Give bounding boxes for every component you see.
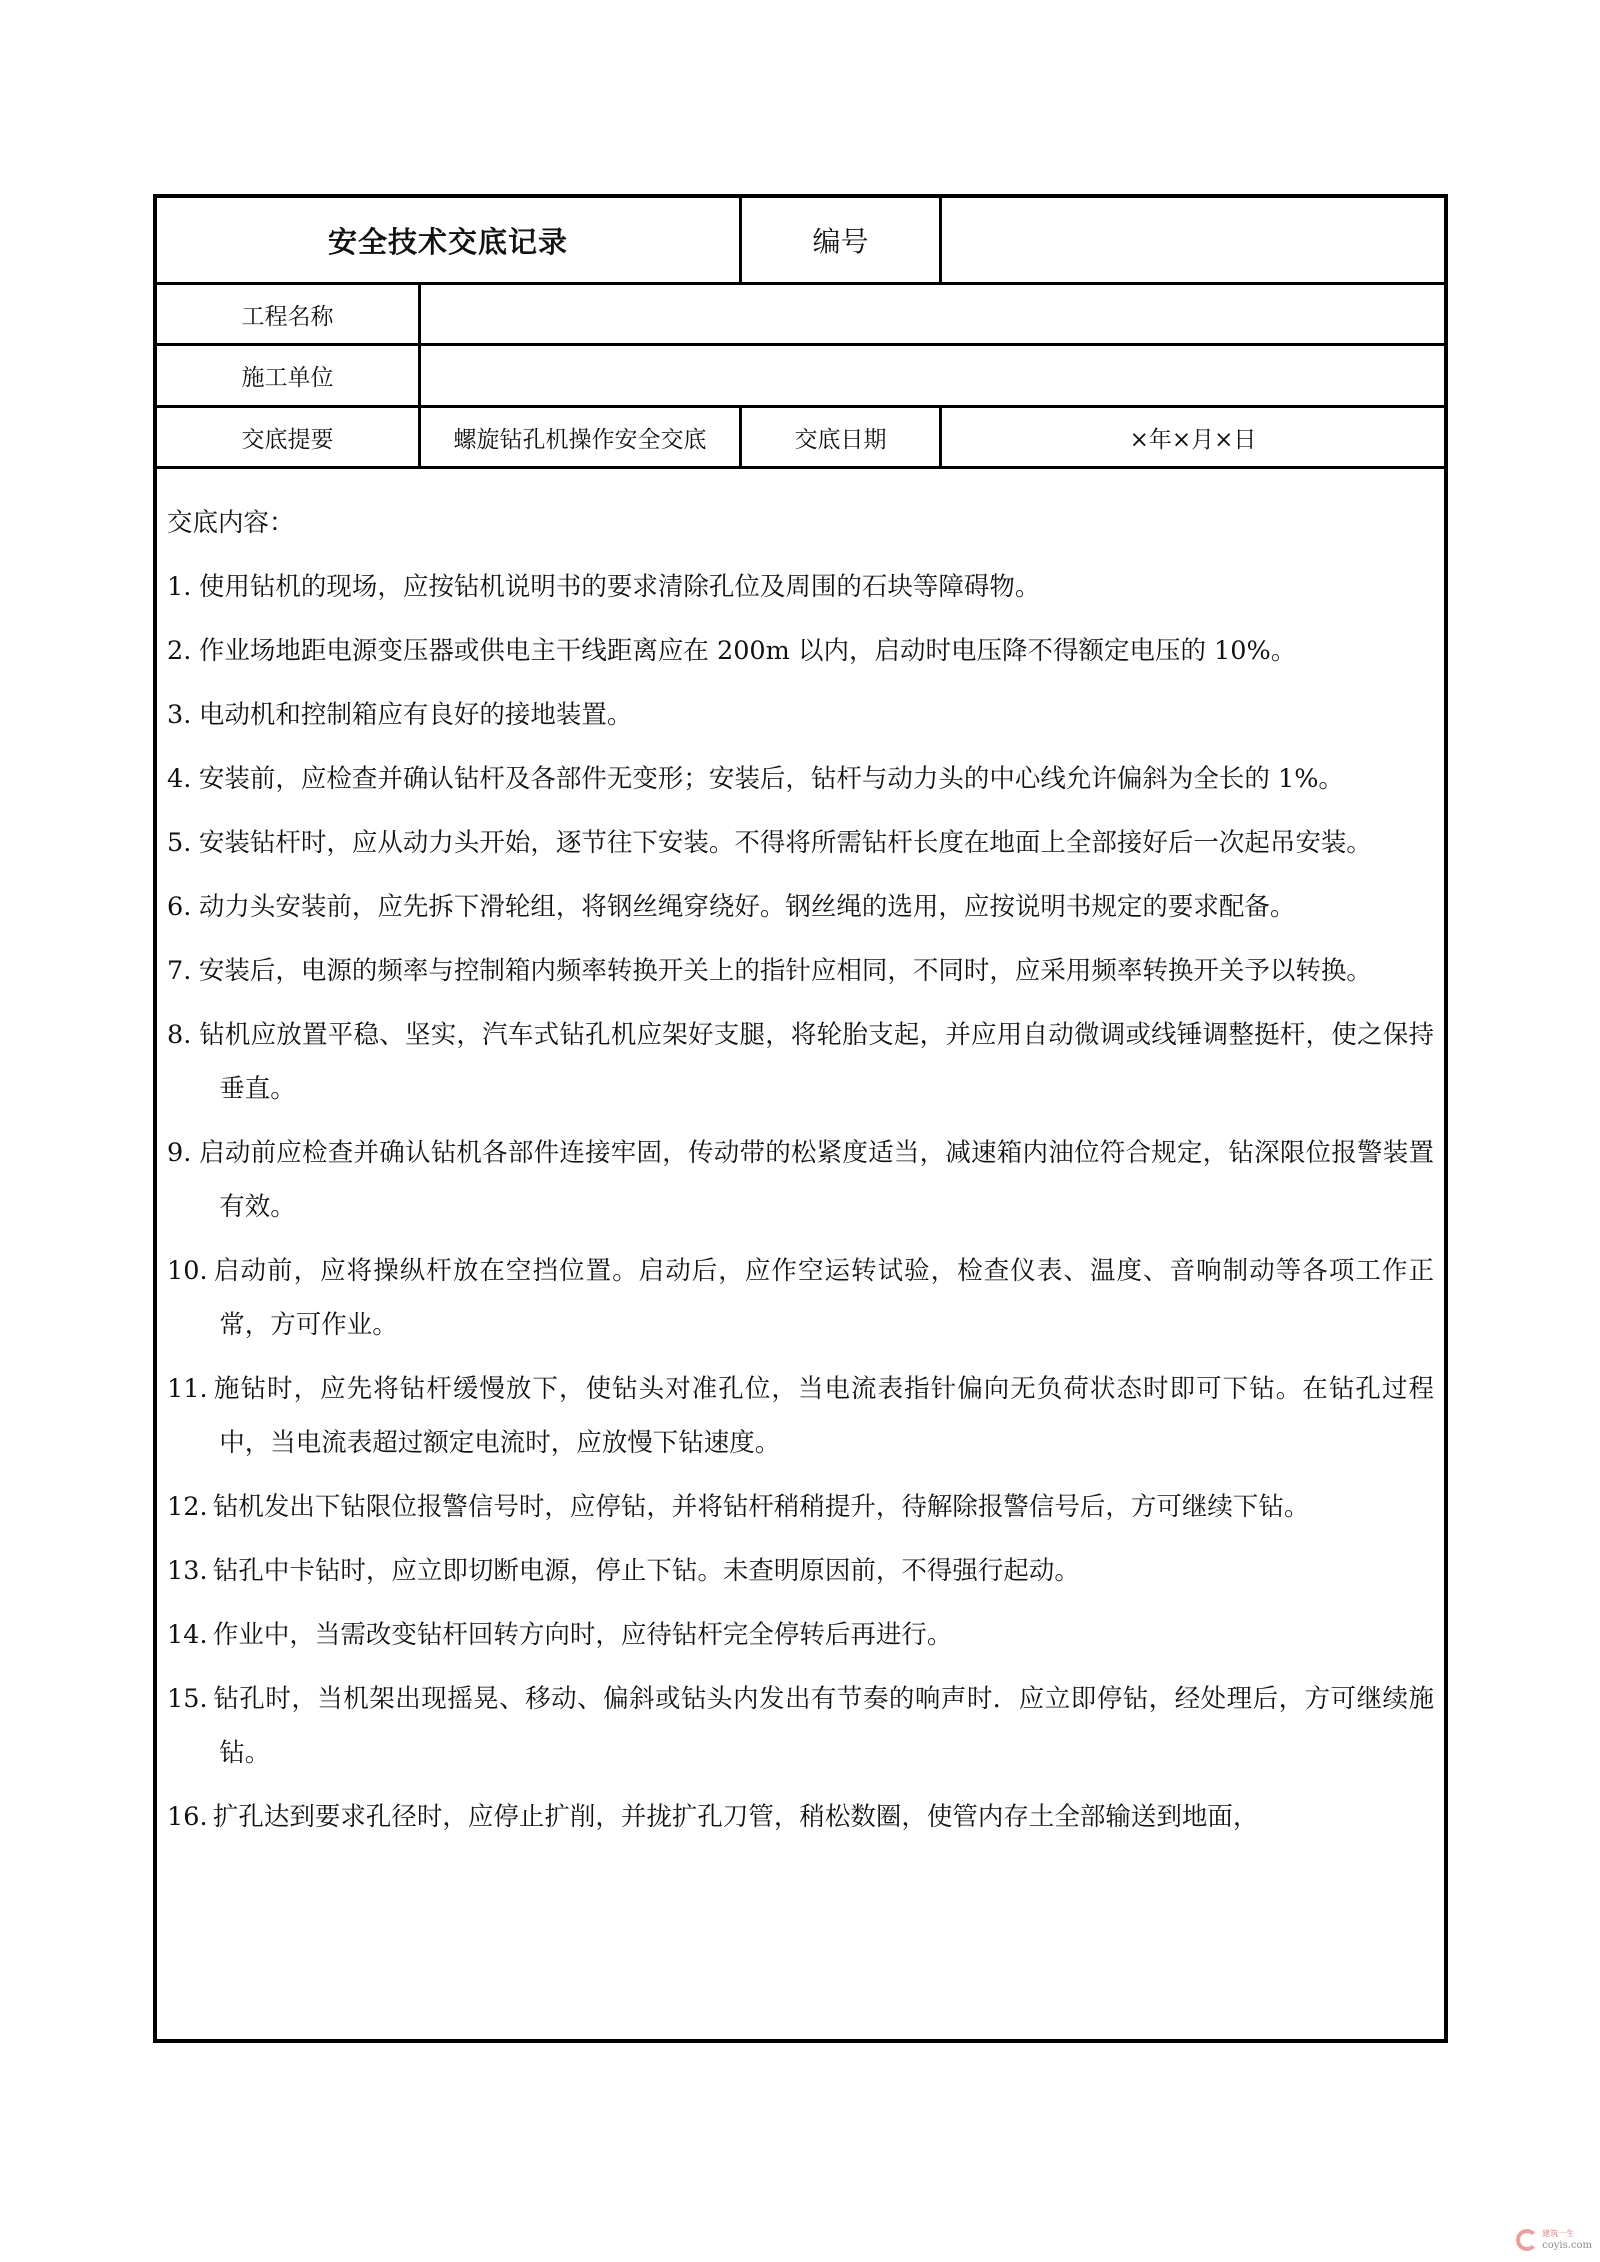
date-label: 交底日期 [742,408,939,466]
safety-briefing-form: 安全技术交底记录 编号 工程名称 施工单位 交底提要 螺旋钻孔机操作安全交底 交… [153,194,1448,2043]
item-number: 1. [167,560,199,614]
item-text: 钻机应放置平稳、坚实，汽车式钻孔机应架好支腿，将轮胎支起，并应用自动微调或线锤调… [199,1020,1434,1104]
number-label: 编号 [742,198,939,282]
item-number: 11. [167,1362,213,1416]
item-text: 钻孔中卡钻时，应立即切断电源，停止下钻。未查明原因前，不得强行起动。 [213,1556,1080,1586]
contractor-field[interactable] [421,346,1444,405]
summary-value: 螺旋钻孔机操作安全交底 [421,408,739,466]
list-item: 16.扩孔达到要求孔径时，应停止扩削，并拢扩孔刀管，稍松数圈，使管内存土全部输送… [167,1790,1434,1844]
list-item: 9.启动前应检查并确认钻机各部件连接牢固，传动带的松紧度适当，减速箱内油位符合规… [167,1126,1434,1234]
item-number: 3. [167,688,199,742]
project-name-field[interactable] [421,285,1444,343]
item-number: 13. [167,1544,213,1598]
watermark-en: coyis.com [1542,2240,1592,2252]
item-text: 扩孔达到要求孔径时，应停止扩削，并拢扩孔刀管，稍松数圈，使管内存土全部输送到地面… [213,1802,1259,1832]
item-text: 钻孔时，当机架出现摇晃、移动、偏斜或钻头内发出有节奏的响声时．应立即停钻，经处理… [213,1684,1434,1768]
item-text: 钻机发出下钻限位报警信号时，应停钻，并将钻杆稍稍提升，待解除报警信号后，方可继续… [213,1492,1310,1522]
list-item: 4.安装前，应检查并确认钻杆及各部件无变形；安装后，钻杆与动力头的中心线允许偏斜… [167,752,1434,806]
project-name-label: 工程名称 [157,285,418,343]
item-number: 2. [167,624,199,678]
site-watermark: 建筑一生 coyis.com [1516,2228,1592,2252]
list-item: 14.作业中，当需改变钻杆回转方向时，应待钻杆完全停转后再进行。 [167,1608,1434,1662]
content-heading: 交底内容： [167,492,1434,550]
item-text: 启动前，应将操纵杆放在空挡位置。启动后，应作空运转试验，检查仪表、温度、音响制动… [213,1256,1434,1340]
item-text: 作业中，当需改变钻杆回转方向时，应待钻杆完全停转后再进行。 [213,1620,953,1650]
list-item: 8.钻机应放置平稳、坚实，汽车式钻孔机应架好支腿，将轮胎支起，并应用自动微调或线… [167,1008,1434,1116]
list-item: 3.电动机和控制箱应有良好的接地装置。 [167,688,1434,742]
item-number: 16. [167,1790,213,1844]
item-text: 作业场地距电源变压器或供电主干线距离应在 200m 以内，启动时电压降不得额定电… [199,636,1296,666]
item-text: 使用钻机的现场，应按钻机说明书的要求清除孔位及周围的石块等障碍物。 [199,572,1041,602]
item-number: 6. [167,880,199,934]
item-text: 启动前应检查并确认钻机各部件连接牢固，传动带的松紧度适当，减速箱内油位符合规定，… [199,1138,1434,1222]
row-divider [157,466,1444,469]
briefing-content: 交底内容： 1.使用钻机的现场，应按钻机说明书的要求清除孔位及周围的石块等障碍物… [167,492,1434,2039]
item-text: 安装前，应检查并确认钻杆及各部件无变形；安装后，钻杆与动力头的中心线允许偏斜为全… [199,764,1344,794]
summary-label: 交底提要 [157,408,418,466]
list-item: 7.安装后，电源的频率与控制箱内频率转换开关上的指针应相同，不同时，应采用频率转… [167,944,1434,998]
item-number: 7. [167,944,199,998]
item-number: 14. [167,1608,213,1662]
number-field[interactable] [942,198,1444,282]
item-number: 15. [167,1672,213,1726]
list-item: 11.施钻时，应先将钻杆缓慢放下，使钻头对准孔位，当电流表指针偏向无负荷状态时即… [167,1362,1434,1470]
item-number: 9. [167,1126,199,1180]
item-number: 12. [167,1480,213,1534]
item-text: 动力头安装前，应先拆下滑轮组，将钢丝绳穿绕好。钢丝绳的选用，应按说明书规定的要求… [199,892,1296,922]
item-text: 施钻时，应先将钻杆缓慢放下，使钻头对准孔位，当电流表指针偏向无负荷状态时即可下钻… [213,1374,1434,1458]
list-item: 1.使用钻机的现场，应按钻机说明书的要求清除孔位及周围的石块等障碍物。 [167,560,1434,614]
item-number: 5. [167,816,199,870]
watermark-cn: 建筑一生 [1542,2228,1592,2240]
list-item: 15.钻孔时，当机架出现摇晃、移动、偏斜或钻头内发出有节奏的响声时．应立即停钻，… [167,1672,1434,1780]
list-item: 10.启动前，应将操纵杆放在空挡位置。启动后，应作空运转试验，检查仪表、温度、音… [167,1244,1434,1352]
item-text: 电动机和控制箱应有良好的接地装置。 [199,700,633,730]
list-item: 2.作业场地距电源变压器或供电主干线距离应在 200m 以内，启动时电压降不得额… [167,624,1434,678]
list-item: 13.钻孔中卡钻时，应立即切断电源，停止下钻。未查明原因前，不得强行起动。 [167,1544,1434,1598]
contractor-label: 施工单位 [157,346,418,405]
document-title: 安全技术交底记录 [157,198,739,282]
list-item: 12.钻机发出下钻限位报警信号时，应停钻，并将钻杆稍稍提升，待解除报警信号后，方… [167,1480,1434,1534]
item-number: 4. [167,752,199,806]
item-number: 8. [167,1008,199,1062]
logo-icon [1516,2229,1538,2251]
item-text: 安装钻杆时，应从动力头开始，逐节往下安装。不得将所需钻杆长度在地面上全部接好后一… [199,828,1372,858]
item-text: 安装后，电源的频率与控制箱内频率转换开关上的指针应相同，不同时，应采用频率转换开… [199,956,1372,986]
date-value: ×年×月×日 [942,408,1444,466]
item-number: 10. [167,1244,213,1298]
list-item: 6.动力头安装前，应先拆下滑轮组，将钢丝绳穿绕好。钢丝绳的选用，应按说明书规定的… [167,880,1434,934]
list-item: 5.安装钻杆时，应从动力头开始，逐节往下安装。不得将所需钻杆长度在地面上全部接好… [167,816,1434,870]
